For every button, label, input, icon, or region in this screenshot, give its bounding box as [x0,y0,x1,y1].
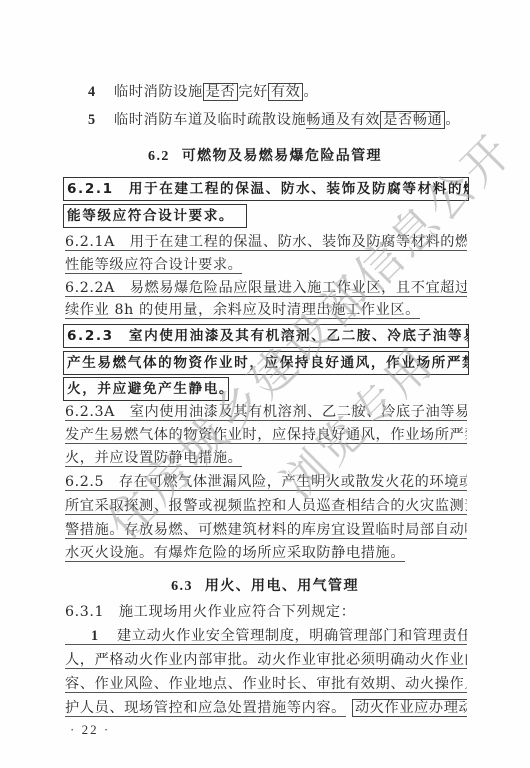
clause-6-2-1-line-1: 6.2.1 用于在建工程的保温、防水、装饰及防腐等材料的燃烧性 [63,177,469,201]
clause-text: 6.2.3 室内使用油漆及其有机溶剂、乙二胺、冷底子油等易挥发 [67,328,469,344]
inserted-text-box: 是否 [203,83,239,101]
page-number: · 22 · [70,722,110,738]
inserted-text-box: 是否畅通 [380,111,445,129]
clause-text: 6.2.1A 用于在建工程的保温、防水、装饰及防腐等材料的燃烧 [65,234,467,251]
section-heading-6-3: 6.3用火、用电、用气管理 [0,575,530,598]
clause-6-3-1-line-4: 护人员、现场管控和应急处置措施等内容。动火作业应办理动火许 [65,697,467,719]
clause-6-2-3-line-3: 火，并应避免产生静电。 [63,377,229,401]
clause-6-2-3A-line-3: 火，并应设置防静电措施。 [65,447,467,469]
punctuation: 。 [303,84,318,100]
punctuation: 。 [445,112,460,128]
clause-6-2-5-line-2: 所宜采取探测、报警或视频监控和人员巡查相结合的火灾监测预 [65,495,467,517]
clause-6-3-1-line-2: 人，严格动火作业内部审批。动火作业审批必须明确动火作业内 [65,649,467,671]
clause-6-2-3A-line-1: 6.2.3A 室内使用油漆及其有机溶剂、乙二胺、冷底子油等易挥 [65,401,467,423]
clause-6-2-1-line-2: 能等级应符合设计要求。 [63,204,247,228]
clause-6-2-2A-line-2: 续作业 8h 的使用量，余料应及时清理出施工作业区。 [65,299,467,321]
clause-6-2-3-line-2: 产生易燃气体的物资作业时，应保持良好通风，作业场所严禁明 [63,351,469,375]
list-item-5: 5临时消防车道及临时疏散设施畅通及有效是否畅通。 [88,109,468,131]
clause-text: 人，严格动火作业内部审批。动火作业审批必须明确动火作业内 [65,652,467,669]
list-item-4: 4临时消防设施是否完好有效。 [88,81,468,103]
item-text: 临时消防车道及临时疏散设施 [114,112,306,128]
clause-text: 容、作业风险、作业地点、作业时长、审批有效期、动火操作人员、监 [65,676,467,693]
clause-6-2-5-line-1: 6.2.5 存在可燃气体泄漏风险，产生明火或散发火花的环境或场 [65,471,467,493]
clause-text: 能等级应符合设计要求。 [67,208,234,224]
clause-text: 6.2.5 存在可燃气体泄漏风险，产生明火或散发火花的环境或场 [65,474,467,491]
clause-text: 所宜采取探测、报警或视频监控和人员巡查相结合的火灾监测预 [65,498,467,515]
clause-6-3-1-line-3: 容、作业风险、作业地点、作业时长、审批有效期、动火操作人员、监 [65,673,467,695]
clause-6-2-2A-line-1: 6.2.2A 易燃易爆危险品应限量进入施工作业区，且不宜超过连 [65,277,467,299]
clause-text: 警措施。存放易燃、可燃建筑材料的库房宜设置临时局部自动喷 [65,522,467,539]
clause-text: 火，并应设置防静电措施。 [65,450,242,467]
inserted-text-box: 有效 [268,83,304,101]
clause-6-2-5-line-4: 水灭火设施。有爆炸危险的场所应采取防静电措施。 [65,542,467,564]
clause-6-2-3-line-1: 6.2.3 室内使用油漆及其有机溶剂、乙二胺、冷底子油等易挥发 [63,324,469,348]
clause-text: 6.3.1 施工现场用火作业应符合下列规定： [65,604,356,620]
section-title: 可燃物及易燃易爆危险品管理 [182,148,382,164]
section-number: 6.2 [148,149,170,164]
clause-text: 建立动火作业安全管理制度，明确管理部门和管理责任 [117,628,467,644]
clause-text: 护人员、现场管控和应急处置措施等内容。 [65,700,346,717]
inserted-text-box: 动火作业应办理动火许 [352,699,467,717]
clause-6-2-1A-line-1: 6.2.1A 用于在建工程的保温、防水、装饰及防腐等材料的燃烧 [65,231,467,253]
clause-6-3-1-item-1: 1建立动火作业安全管理制度，明确管理部门和管理责任 [65,625,467,647]
item-number: 4 [88,81,114,103]
item-text: 完好 [238,84,268,100]
clause-text: 火，并应避免产生静电。 [67,381,229,397]
item-underlined: 1建立动火作业安全管理制度，明确管理部门和管理责任 [65,628,467,645]
clause-6-2-3A-line-2: 发产生易燃气体的物资作业时，应保持良好通风，作业场所严禁明 [65,424,467,446]
clause-6-3-1-lead: 6.3.1 施工现场用火作业应符合下列规定： [65,601,467,623]
clause-6-2-1A-line-2: 性能等级应符合设计要求。 [65,254,467,276]
section-title: 用火、用电、用气管理 [205,578,359,594]
document-page: 4临时消防设施是否完好有效。 5临时消防车道及临时疏散设施畅通及有效是否畅通。 … [0,0,530,768]
clause-6-2-5-line-3: 警措施。存放易燃、可燃建筑材料的库房宜设置临时局部自动喷 [65,519,467,541]
clause-text: 6.2.1 用于在建工程的保温、防水、装饰及防腐等材料的燃烧性 [67,181,469,197]
clause-text: 水灭火设施。有爆炸危险的场所应采取防静电措施。 [65,545,405,562]
deleted-text-underline: 畅通及有效 [306,112,380,129]
clause-text: 6.2.3A 室内使用油漆及其有机溶剂、乙二胺、冷底子油等易挥 [65,404,467,421]
clause-text: 产生易燃气体的物资作业时，应保持良好通风，作业场所严禁明 [67,355,469,371]
item-number: 5 [88,109,114,131]
section-heading-6-2: 6.2可燃物及易燃易爆危险品管理 [0,145,530,168]
item-number: 1 [91,625,117,647]
clause-text: 性能等级应符合设计要求。 [65,257,242,274]
clause-text: 6.2.2A 易燃易爆危险品应限量进入施工作业区，且不宜超过连 [65,280,467,297]
clause-text: 续作业 8h 的使用量，余料应及时清理出施工作业区。 [65,302,420,319]
clause-text: 发产生易燃气体的物资作业时，应保持良好通风，作业场所严禁明 [65,427,467,444]
section-number: 6.3 [171,579,193,594]
item-text: 临时消防设施 [114,84,203,100]
